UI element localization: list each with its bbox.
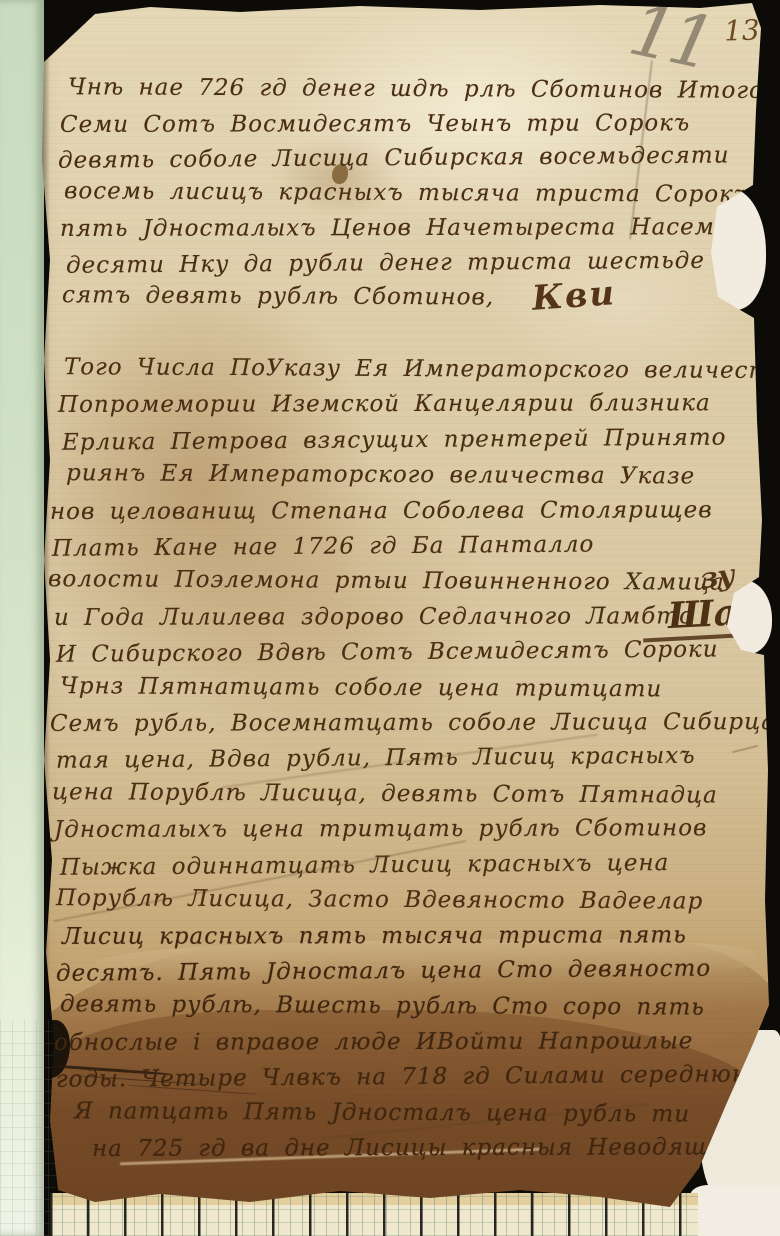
manuscript-line: девять рублѣ, Вшесть рублѣ Сто соро пять (60, 987, 760, 1026)
manuscript-line: цена Порублѣ Лисица, девять Сотъ Пятнадц… (52, 775, 760, 814)
manuscript-line: Чрнз Пятнатцать соболе цена тритцати (60, 669, 760, 708)
manuscript-line: Лисиц красныхъ пять тысяча триста пять (62, 918, 760, 955)
manuscript-line: Порублѣ Лисица, Засто Вдевяносто Вадеела… (56, 881, 760, 920)
manuscript-page: 11 13 Чнѣ нае 726 гд денег шдѣ рлѣ Сботи… (0, 0, 780, 1236)
manuscript-line: Јдносталыхъ цена тритцать рублѣ Сботинов (54, 811, 760, 848)
manuscript-line: Чнѣ нае 726 гд денег шдѣ рлѣ Сботинов Ит… (68, 70, 760, 108)
manuscript-line: сятъ девять рублѣ Сботинов, (62, 278, 760, 316)
page-number: 13 (723, 13, 760, 47)
manuscript-line: десятъ. Пять Јдносталъ цена Сто девяност… (56, 951, 760, 992)
measuring-ruler (50, 1193, 698, 1236)
manuscript-line: Попромемории Иземской Канцелярии близник… (58, 386, 760, 423)
manuscript-line: обнослые і вправое люде ИВойти Напрошлые (54, 1024, 760, 1061)
manuscript-line: Плать Кане нае 1726 гд Ба Панталло (52, 526, 760, 567)
manuscript-line: волости Поэлемона ртыи Повинненного Хами… (48, 563, 760, 602)
manuscript-line: риянъ Ея Императорского величества Указе (66, 456, 760, 495)
manuscript-line: девять соболе Лисица Сибирская восемьдес… (58, 139, 760, 179)
manuscript-line: Того Числа ПоУказу Ея Императорского вел… (64, 350, 760, 389)
manuscript-line: нов целованищ Степана Соболева Столярище… (50, 493, 760, 530)
manuscript-line: пять Јдносталыхъ Ценов Начетыреста Насем… (60, 210, 760, 247)
paragraph-block-2: Того Числа ПоУказу Ея Императорского вел… (58, 352, 760, 1166)
closing-mark: Кви (531, 273, 618, 319)
manuscript-line: Семи Сотъ Восмидесятъ Чеынъ три Сорокъ (60, 106, 760, 143)
manuscript-scan: 11 13 Чнѣ нае 726 гд денег шдѣ рлѣ Сботи… (0, 0, 780, 1236)
backing-sheet-grid (0, 1020, 56, 1236)
manuscript-line: Пыжка одиннатцать Лисиц красныхъ цена (60, 845, 760, 886)
manuscript-line: десяти Нку да рубли денег триста шестьде (66, 243, 760, 283)
manuscript-line: и Года Лилилева здорово Седлачного Ламбт… (54, 599, 760, 636)
manuscript-line: И Сибирского Вдвѣ Сотъ Всемидесятъ Сорок… (56, 632, 760, 673)
manuscript-line: Ерлика Петрова взясущих прентерей Принят… (62, 420, 760, 461)
manuscript-line: на 725 гд ва дне Лисицы красныя Неводяще (92, 1130, 760, 1167)
manuscript-line: годы. Четыре Члвкъ на 718 гд Силами сере… (56, 1057, 760, 1098)
manuscript-line: Семъ рубль, Восемнатцать соболе Лисица С… (50, 705, 760, 742)
tear-backing-patch (690, 1185, 780, 1236)
paragraph-block-1: Чнѣ нае 726 гд денег шдѣ рлѣ Сботинов Ит… (58, 72, 760, 315)
manuscript-line: тая цена, Вдва рубли, Пять Лисиц красных… (56, 739, 760, 780)
manuscript-line: восемь лисицъ красныхъ тысяча триста Сор… (64, 174, 760, 212)
manuscript-line: Я патцать Пять Јдносталъ цена рубль ти (74, 1094, 760, 1133)
